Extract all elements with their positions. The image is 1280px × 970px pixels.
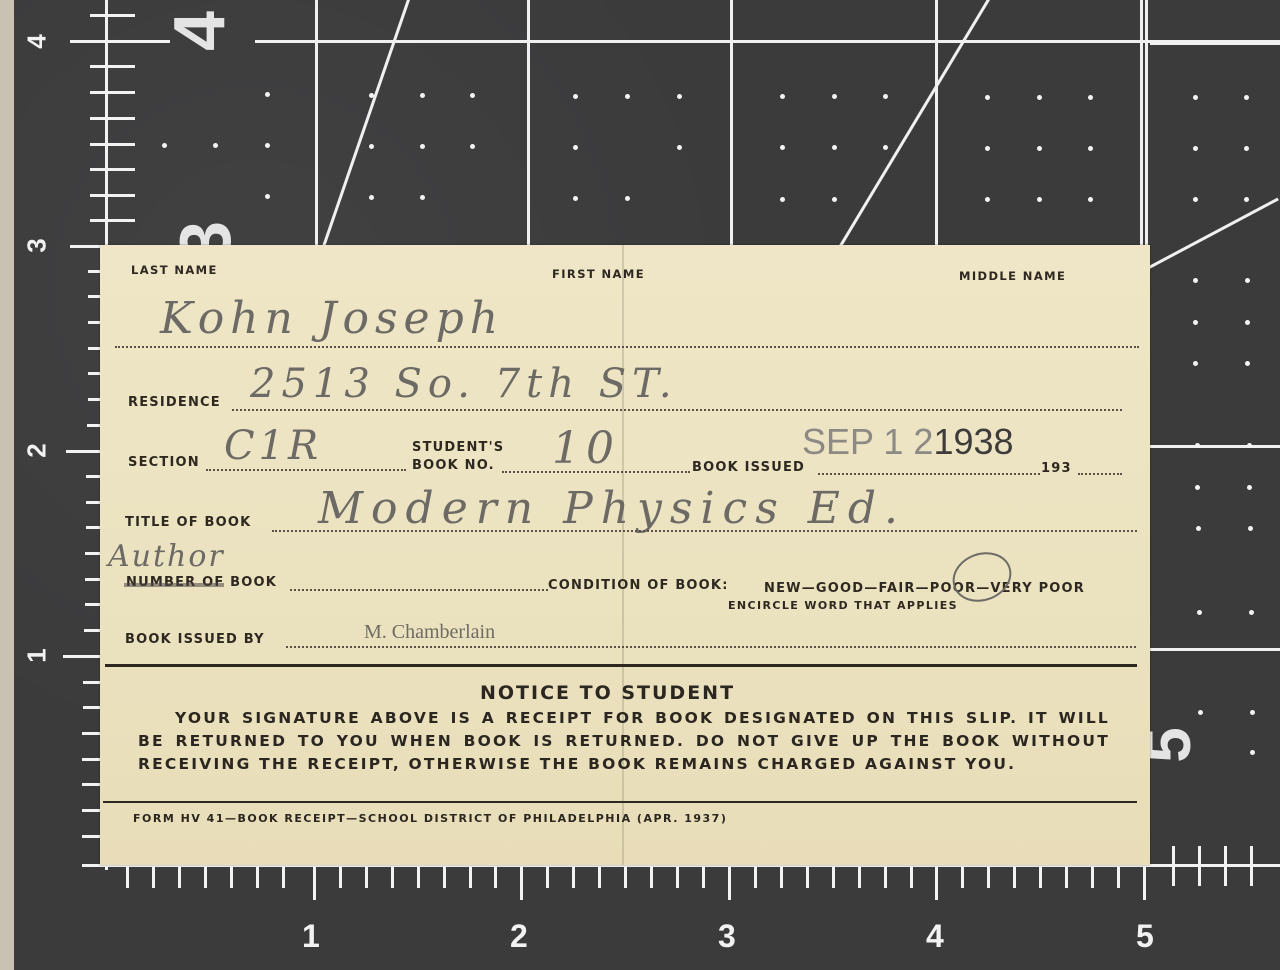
- grid-dot: [985, 197, 990, 202]
- ruler-tick: [417, 866, 420, 888]
- ruler-tick: [728, 866, 731, 900]
- ruler-label: 3: [718, 918, 736, 955]
- last-name-label: LAST NAME: [131, 263, 218, 277]
- ruler-tick: [702, 866, 705, 888]
- ruler-tick: [1117, 866, 1120, 888]
- grid-dot: [1247, 443, 1252, 448]
- ruler-tick: [1198, 846, 1201, 886]
- ruler-label: 1: [22, 648, 53, 662]
- grid-dot: [883, 94, 888, 99]
- grid-dot: [625, 94, 630, 99]
- condition-label: CONDITION OF BOOK:: [548, 578, 729, 593]
- grid-diagonal: [838, 0, 990, 249]
- year-dotted-line: [1078, 473, 1122, 475]
- ruler-tick: [754, 866, 757, 888]
- ruler-label: 1: [302, 918, 320, 955]
- grid-dot: [1248, 526, 1253, 531]
- residence-handwriting: 2513 So. 7th ST.: [250, 361, 678, 407]
- grid-dot: [1245, 361, 1250, 366]
- grid-dot: [265, 194, 270, 199]
- grid-dot: [213, 143, 218, 148]
- grid-dot: [369, 195, 374, 200]
- ruler-label: 5: [1136, 918, 1154, 955]
- ruler-tick: [961, 866, 964, 888]
- ruler-tick: [152, 866, 155, 888]
- grid-dot: [1193, 146, 1198, 151]
- grid-dot: [1037, 95, 1042, 100]
- grid-dot: [1244, 197, 1249, 202]
- grid-dot: [677, 145, 682, 150]
- grid-dot: [420, 93, 425, 98]
- grid-line: [255, 40, 1280, 43]
- grid-dot: [1245, 278, 1250, 283]
- ruler-tick: [90, 65, 135, 68]
- grid-dot: [1198, 710, 1203, 715]
- bottom-divider: [103, 801, 1137, 803]
- ruler-label: 2: [22, 443, 53, 457]
- issued-by-value: M. Chamberlain: [364, 621, 495, 644]
- ruler-tick: [256, 866, 259, 888]
- grid-line: [1150, 42, 1280, 45]
- grid-dot: [677, 94, 682, 99]
- book-no-handwriting: 10: [552, 423, 620, 474]
- ruler-tick: [90, 194, 135, 197]
- grid-dot: [832, 145, 837, 150]
- title-dotted-line: [272, 530, 1137, 532]
- ruler-tick: [126, 866, 129, 888]
- ruler-tick: [676, 866, 679, 888]
- grid-dot: [1250, 710, 1255, 715]
- issued-by-label: BOOK ISSUED BY: [125, 632, 265, 647]
- grid-dot: [369, 93, 374, 98]
- grid-line: [1145, 0, 1148, 245]
- first-name-label: FIRST NAME: [552, 267, 645, 281]
- condition-options: NEW—GOOD—FAIR—POOR—VERY POOR: [764, 581, 1085, 596]
- ruler-tick: [520, 866, 523, 900]
- ruler-tick: [884, 866, 887, 888]
- grid-dot: [1195, 443, 1200, 448]
- grid-diagonal: [1145, 198, 1279, 271]
- grid-dot: [470, 93, 475, 98]
- strikethrough-mark: [124, 583, 224, 587]
- title-handwriting: Modern Physics Ed.: [318, 483, 906, 534]
- grid-line: [1140, 0, 1143, 245]
- ruler-label: 2: [510, 918, 528, 955]
- book-issued-dotted-line: [818, 473, 1040, 475]
- grid-dot: [985, 146, 990, 151]
- date-stamp-month-day: SEP 1 2: [802, 421, 933, 462]
- grid-dot: [780, 94, 785, 99]
- condition-hint: ENCIRCLE WORD THAT APPLIES: [728, 599, 958, 612]
- ruler-tick: [546, 866, 549, 888]
- ruler-tick: [780, 866, 783, 888]
- ruler-label: 3: [22, 238, 53, 252]
- grid-dot: [1088, 197, 1093, 202]
- grid-dot: [369, 144, 374, 149]
- grid-dot: [1088, 146, 1093, 151]
- ruler-tick: [1250, 846, 1253, 886]
- residence-dotted-line: [232, 409, 1122, 411]
- ruler-tick: [282, 866, 285, 888]
- ruler-label: 4: [22, 34, 53, 48]
- ruler-tick: [90, 117, 135, 120]
- ruler-tick: [82, 809, 102, 812]
- grid-line: [315, 0, 318, 245]
- grid-dot: [1193, 278, 1198, 283]
- grid-dot: [1197, 610, 1202, 615]
- ruler-tick: [858, 866, 861, 888]
- ruler-label: 4: [926, 918, 944, 955]
- grid-dot: [832, 197, 837, 202]
- ruler-tick: [598, 866, 601, 888]
- ruler-tick: [313, 866, 316, 900]
- ruler-tick: [82, 783, 102, 786]
- ruler-tick: [987, 866, 990, 888]
- grid-dot: [1193, 320, 1198, 325]
- mat-edge: [0, 0, 14, 970]
- grid-dot: [573, 145, 578, 150]
- number-dotted-line: [290, 589, 548, 591]
- grid-dot: [1196, 526, 1201, 531]
- students-label: STUDENT'S: [412, 440, 504, 455]
- title-of-book-label: TITLE OF BOOK: [125, 515, 251, 530]
- ruler-tick: [70, 40, 170, 43]
- ruler-tick: [469, 866, 472, 888]
- grid-dot: [1193, 361, 1198, 366]
- ruler-tick: [339, 866, 342, 888]
- form-footer: FORM HV 41—BOOK RECEIPT—SCHOOL DISTRICT …: [133, 812, 727, 825]
- top-divider: [105, 664, 1137, 667]
- ruler-tick: [832, 866, 835, 888]
- ruler-tick: [1039, 866, 1042, 888]
- ruler-tick: [494, 866, 497, 888]
- ruler-tick: [572, 866, 575, 888]
- grid-dot: [573, 94, 578, 99]
- ruler-tick: [391, 866, 394, 888]
- notice-title: NOTICE TO STUDENT: [480, 682, 735, 704]
- section-handwriting: C1R: [224, 423, 322, 469]
- grid-dot: [1193, 95, 1198, 100]
- grid-dot: [470, 144, 475, 149]
- ruler-tick: [1143, 866, 1146, 900]
- ruler-tick: [90, 143, 135, 146]
- notice-body: YOUR SIGNATURE ABOVE IS A RECEIPT FOR BO…: [138, 707, 1110, 776]
- ruler-tick: [365, 866, 368, 888]
- grid-dot: [985, 95, 990, 100]
- grid-dot: [1244, 146, 1249, 151]
- grid-diagonal: [323, 0, 410, 246]
- ruler-tick: [82, 835, 102, 838]
- ruler-tick: [1224, 846, 1227, 886]
- ruler-tick: [910, 866, 913, 888]
- grid-dot: [420, 144, 425, 149]
- grid-line: [1150, 445, 1280, 448]
- ruler-tick: [90, 219, 135, 222]
- ruler-tick: [935, 866, 938, 900]
- grid-dot: [883, 145, 888, 150]
- ruler-tick: [82, 758, 102, 761]
- ruler-tick: [204, 866, 207, 888]
- grid-line: [730, 0, 733, 245]
- ruler-tick: [63, 655, 105, 658]
- ruler-tick: [82, 732, 102, 735]
- ruler-tick: [1065, 866, 1068, 888]
- book-issued-label: BOOK ISSUED: [692, 460, 805, 475]
- grid-dot: [780, 145, 785, 150]
- grid-line: [1150, 648, 1280, 651]
- grid-dot: [1037, 146, 1042, 151]
- year-prefix-label: 193: [1041, 461, 1072, 476]
- ruler-tick: [90, 14, 135, 17]
- ruler-tick: [230, 866, 233, 888]
- grid-line: [527, 0, 530, 245]
- name-handwriting: Kohn Joseph: [160, 293, 504, 344]
- author-annotation: Author: [108, 539, 225, 574]
- grid-dot: [1249, 610, 1254, 615]
- date-stamp: SEP 1 21938: [802, 421, 1014, 463]
- ruler-tick: [443, 866, 446, 888]
- middle-name-label: MIDDLE NAME: [959, 269, 1066, 283]
- book-no-label: BOOK NO.: [412, 458, 495, 473]
- ruler-tick: [90, 91, 135, 94]
- grid-dot: [573, 196, 578, 201]
- section-dotted-line: [206, 469, 406, 471]
- grid-dot: [625, 196, 630, 201]
- grid-dot: [1250, 750, 1255, 755]
- book-no-dotted-line: [502, 471, 690, 473]
- grid-dot: [265, 143, 270, 148]
- grid-dot: [1195, 485, 1200, 490]
- grid-dot: [420, 195, 425, 200]
- ruler-tick: [650, 866, 653, 888]
- grid-dot: [1244, 95, 1249, 100]
- issued-by-dotted-line: [286, 646, 1136, 648]
- section-label: SECTION: [128, 455, 200, 470]
- grid-dot: [1245, 320, 1250, 325]
- grid-dot: [832, 94, 837, 99]
- ruler-tick: [90, 168, 135, 171]
- date-stamp-year: 1938: [933, 421, 1013, 462]
- ruler-tick: [178, 866, 181, 888]
- ruler-tick: [1013, 866, 1016, 888]
- name-dotted-line: [115, 346, 1139, 348]
- grid-dot: [1247, 485, 1252, 490]
- grid-dot: [1193, 197, 1198, 202]
- book-receipt-card: LAST NAME FIRST NAME MIDDLE NAME Kohn Jo…: [100, 245, 1150, 865]
- mat-big-number: 4: [159, 11, 241, 51]
- grid-dot: [265, 92, 270, 97]
- grid-dot: [1037, 197, 1042, 202]
- grid-dot: [780, 197, 785, 202]
- grid-dot: [162, 143, 167, 148]
- ruler-tick: [1172, 846, 1175, 886]
- grid-dot: [1088, 95, 1093, 100]
- ruler-tick: [806, 866, 809, 888]
- grid-line: [935, 0, 938, 245]
- ruler-tick: [1091, 866, 1094, 888]
- ruler-tick: [624, 866, 627, 888]
- residence-label: RESIDENCE: [128, 395, 221, 410]
